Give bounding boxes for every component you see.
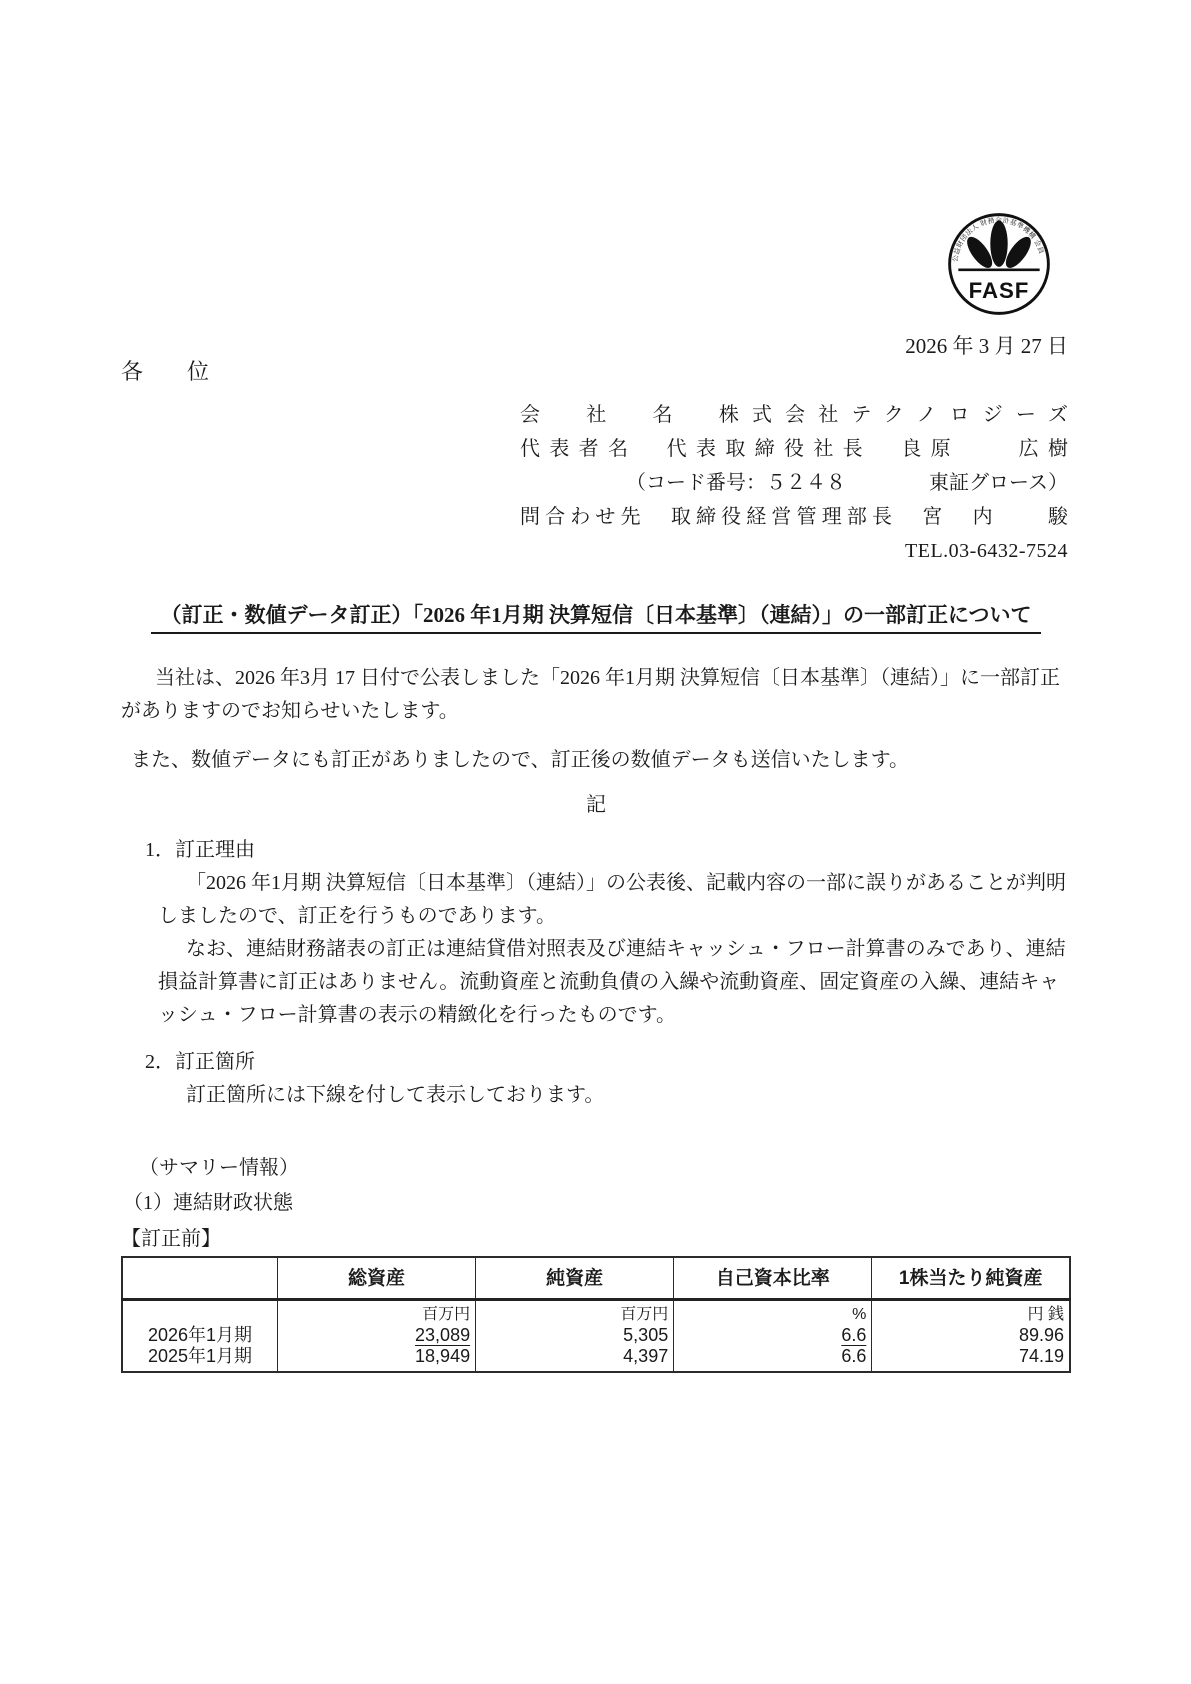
tel-text: TEL.03-6432-7524 xyxy=(520,534,1068,568)
company-info-block: 会 社 名 株式会社テクノロジーズ 代表者名 代表取締役社長 良原 広樹 （コー… xyxy=(520,398,1068,568)
summary-label: （サマリー情報） xyxy=(139,1152,1071,1185)
salutation: 各 位 xyxy=(121,358,209,386)
section2-heading: 2．訂正箇所 xyxy=(145,1046,1071,1079)
financial-table: 総資産 純資産 自己資本比率 1株当たり純資産 百万円 百万円 % 円 銭 20… xyxy=(121,1256,1071,1373)
unit-cell: 円 銭 xyxy=(872,1300,1070,1326)
table-label: 【訂正前】 xyxy=(121,1225,1071,1254)
section1-heading: 1．訂正理由 xyxy=(145,834,1071,867)
unit-row: 百万円 百万円 % 円 銭 xyxy=(122,1300,1070,1326)
exchange-market: 東証グロース） xyxy=(929,466,1068,500)
unit-cell xyxy=(122,1300,277,1326)
value-cell: 5,305 xyxy=(476,1325,674,1346)
ki-mark: 記 xyxy=(121,789,1071,822)
fasf-logo: 公益財団法人 財務会計基準機構 会員 FASF xyxy=(943,203,1055,325)
code-number: （コード番号：５２４８ xyxy=(626,466,846,500)
row-label: 2025年1月期 xyxy=(122,1346,277,1372)
table-header-row: 総資産 純資産 自己資本比率 1株当たり純資産 xyxy=(122,1257,1070,1300)
table-row: 2025年1月期 18,949 4,397 6.6 74.19 xyxy=(122,1346,1070,1372)
document-date: 2026 年 3 月 27 日 xyxy=(520,333,1068,359)
unit-cell: 百万円 xyxy=(277,1300,475,1326)
document-page: 公益財団法人 財務会計基準機構 会員 FASF 2026 年 3 月 27 日 … xyxy=(0,0,1191,1684)
unit-cell: 百万円 xyxy=(476,1300,674,1326)
leaf-center-icon xyxy=(990,220,1007,266)
table-row: 2026年1月期 23,089 5,305 6.6 89.96 xyxy=(122,1325,1070,1346)
table-header-cell: 総資産 xyxy=(277,1257,475,1300)
representative-line: 代表者名 代表取締役社長 良原 広樹 xyxy=(520,432,1068,466)
unit-cell: % xyxy=(674,1300,872,1326)
document-body: （訂正・数値データ訂正）「2026 年1月期 決算短信〔日本基準〕（連結）」の一… xyxy=(121,598,1071,1373)
section2-paragraph: 訂正箇所には下線を付して表示しております。 xyxy=(158,1079,1071,1112)
value-cell: 4,397 xyxy=(476,1346,674,1372)
value-cell: 6.6 xyxy=(674,1325,872,1346)
subsection-heading: （1）連結財政状態 xyxy=(123,1187,1071,1220)
value-cell: 23,089 xyxy=(277,1325,475,1346)
table-header-cell: 自己資本比率 xyxy=(674,1257,872,1300)
code-line: （コード番号：５２４８ 東証グロース） xyxy=(520,466,1068,500)
value-cell: 89.96 xyxy=(872,1325,1070,1346)
section1-paragraph-1: 「2026 年1月期 決算短信〔日本基準〕（連結）」の公表後、記載内容の一部に誤… xyxy=(158,867,1071,933)
table-header-cell: 純資産 xyxy=(476,1257,674,1300)
intro-paragraph: 当社は、2026 年3月 17 日付で公表しました「2026 年1月期 決算短信… xyxy=(121,662,1071,728)
value-cell: 18,949 xyxy=(277,1346,475,1372)
section1-paragraph-2: なお、連結財務諸表の訂正は連結貸借対照表及び連結キャッシュ・フロー計算書のみであ… xyxy=(158,933,1071,1032)
row-label: 2026年1月期 xyxy=(122,1325,277,1346)
table-header-cell xyxy=(122,1257,277,1300)
contact-line: 問合わせ先 取締役経営管理部長 宮 内 駿 xyxy=(520,500,1068,534)
fasf-logo-icon: 公益財団法人 財務会計基準機構 会員 FASF xyxy=(943,203,1055,325)
company-name-line: 会 社 名 株式会社テクノロジーズ xyxy=(520,398,1068,432)
value-cell: 6.6 xyxy=(674,1346,872,1372)
notice-paragraph: また、数値データにも訂正がありましたので、訂正後の数値データも送信いたします。 xyxy=(121,744,1071,777)
fasf-label: FASF xyxy=(969,278,1030,303)
table-header-cell: 1株当たり純資産 xyxy=(872,1257,1070,1300)
document-title: （訂正・数値データ訂正）「2026 年1月期 決算短信〔日本基準〕（連結）」の一… xyxy=(121,598,1071,632)
value-cell: 74.19 xyxy=(872,1346,1070,1372)
